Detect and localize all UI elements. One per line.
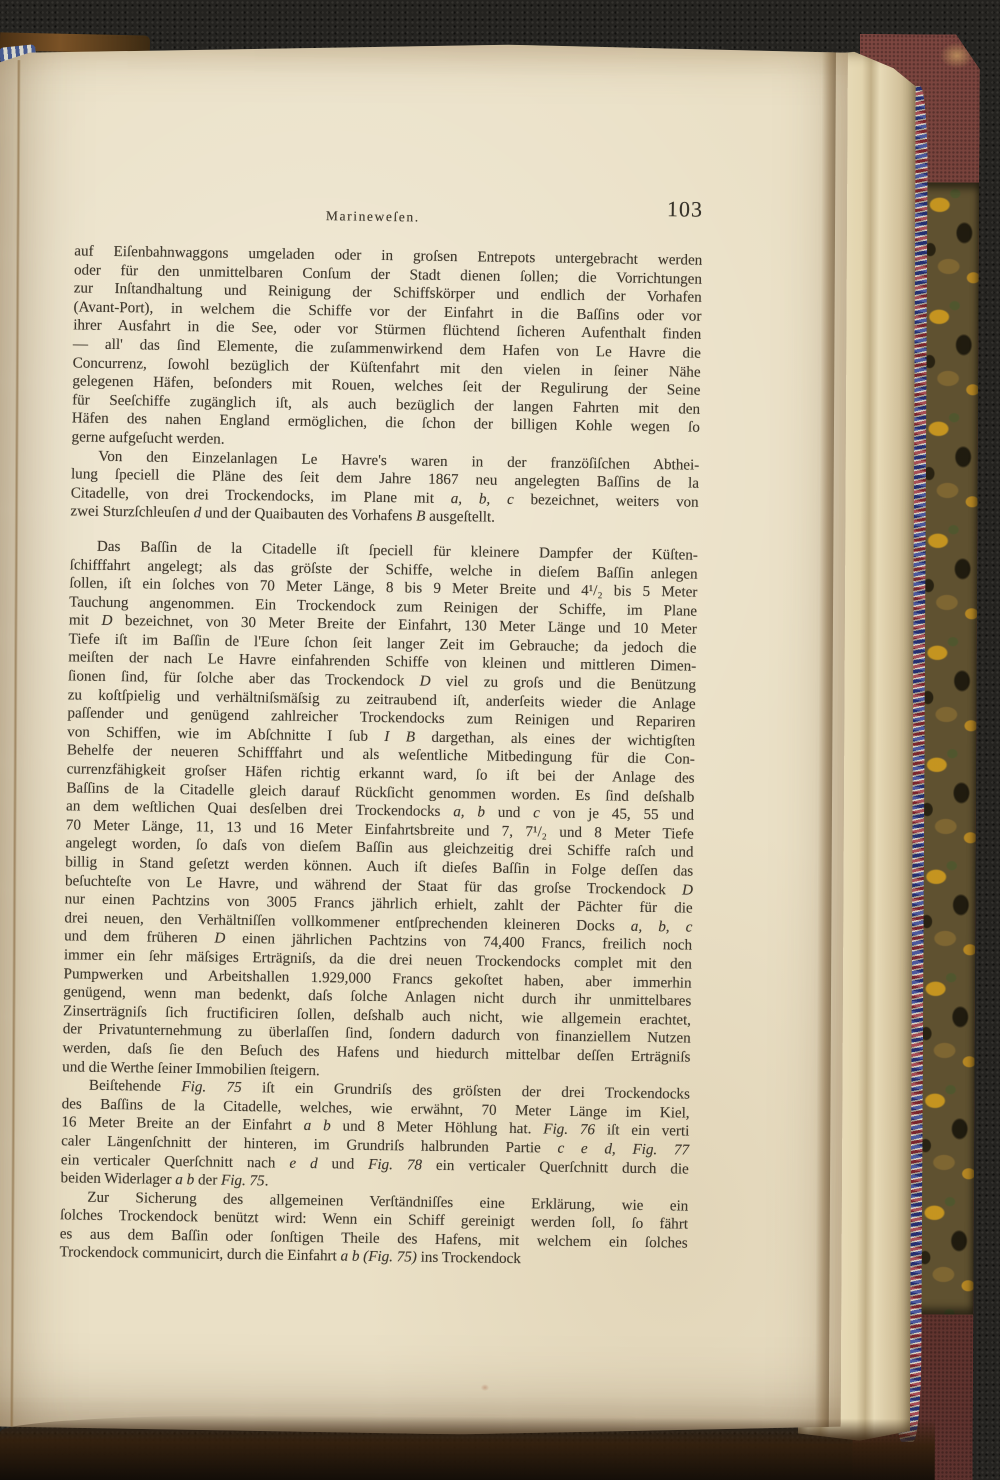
page-bottom-shadow bbox=[0, 1414, 935, 1480]
paragraph: auf Eiſenbahnwaggons umgeladen oder in g… bbox=[71, 242, 702, 456]
book-page: Marineweſen. 103 auf Eiſenbahnwaggons um… bbox=[0, 40, 848, 1436]
paragraph: Beiſtehende Fig. 75 iſt ein Grundriſs de… bbox=[60, 1076, 690, 1197]
paragraph: Von den Einzelanlagen Le Havre's waren i… bbox=[70, 447, 699, 531]
paragraph: Zur Sicherung des allgemeinen Verſtändni… bbox=[59, 1188, 688, 1272]
page-right-fold bbox=[815, 44, 836, 1436]
book-scan-photo: Marineweſen. 103 auf Eiſenbahnwaggons um… bbox=[0, 0, 1000, 1480]
section-title: Marineweſen. bbox=[59, 203, 687, 231]
gutter-crease bbox=[10, 60, 21, 1440]
paragraph: Das Baſſin de la Citadelle iſt ſpeciell … bbox=[62, 537, 698, 1085]
printed-text: Marineweſen. 103 auf Eiſenbahnwaggons um… bbox=[59, 194, 703, 1271]
running-header: Marineweſen. 103 bbox=[75, 194, 703, 237]
page-number: 103 bbox=[667, 200, 703, 219]
text-body: auf Eiſenbahnwaggons umgeladen oder in g… bbox=[59, 242, 702, 1271]
